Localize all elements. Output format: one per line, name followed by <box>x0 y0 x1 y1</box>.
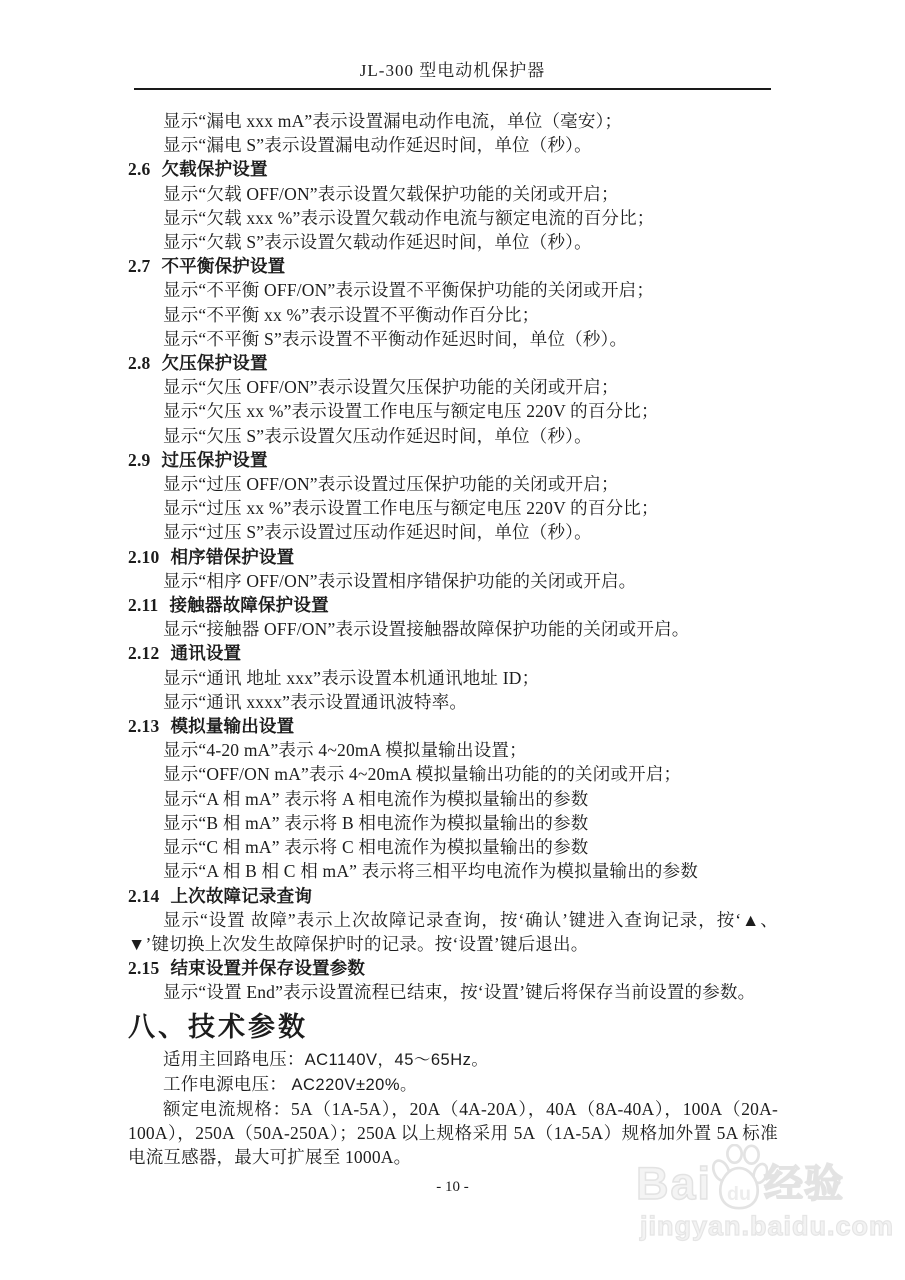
jingyan-logo-text: 经验 <box>764 1165 844 1204</box>
baidu-paw-icon: du <box>710 1144 768 1210</box>
paragraph: 显示“欠载 S”表示设置欠载动作延迟时间，单位（秒）。 <box>128 230 778 254</box>
section-heading: 2.14上次故障记录查询 <box>128 884 778 908</box>
section-number: 2.12 <box>128 643 159 663</box>
paragraph: 显示“设置 故障”表示上次故障记录查询，按‘确认’键进入查询记录，按‘▲、▼’键… <box>128 908 778 956</box>
section-heading: 2.8欠压保护设置 <box>128 351 778 375</box>
paragraph: 显示“OFF/ON mA”表示 4~20mA 模拟量输出功能的的关闭或开启； <box>128 762 778 786</box>
baidu-logo-text: Bai <box>636 1161 712 1206</box>
paragraph: 显示“过压 S”表示设置过压动作延迟时间，单位（秒）。 <box>128 520 778 544</box>
document-body: 显示“漏电 xxx mA”表示设置漏电动作电流，单位（毫安）；显示“漏电 S”表… <box>128 109 778 1170</box>
paragraph: 显示“欠压 xx %”表示设置工作电压与额定电压 220V 的百分比； <box>128 399 778 423</box>
section-number: 2.11 <box>128 595 158 615</box>
paragraph: 显示“通讯 地址 xxx”表示设置本机通讯地址 ID； <box>128 666 778 690</box>
section-number: 2.14 <box>128 886 159 906</box>
paragraph: 显示“A 相 mA” 表示将 A 相电流作为模拟量输出的参数 <box>128 787 778 811</box>
paragraph: 显示“4-20 mA”表示 4~20mA 模拟量输出设置； <box>128 738 778 762</box>
spec-line: 适用主回路电压：AC1140V，45～65Hz。 <box>128 1047 778 1072</box>
section-heading: 2.9过压保护设置 <box>128 448 778 472</box>
section-title: 模拟量输出设置 <box>170 716 294 736</box>
paragraph: 显示“漏电 S”表示设置漏电动作延迟时间，单位（秒）。 <box>128 133 778 157</box>
chapter-heading: 八、技术参数 <box>128 1010 778 1044</box>
manual-page: JL-300 型电动机保护器 显示“漏电 xxx mA”表示设置漏电动作电流，单… <box>0 0 905 1280</box>
section-title: 相序错保护设置 <box>170 547 294 567</box>
watermark-logo-row: Bai du 经验 <box>636 1144 896 1210</box>
paragraph: 显示“不平衡 OFF/ON”表示设置不平衡保护功能的关闭或开启； <box>128 278 778 302</box>
section-number: 2.10 <box>128 547 159 567</box>
section-heading: 2.11接触器故障保护设置 <box>128 593 778 617</box>
paragraph: 显示“C 相 mA” 表示将 C 相电流作为模拟量输出的参数 <box>128 835 778 859</box>
spec-line: 工作电源电压： AC220V±20%。 <box>128 1072 778 1097</box>
document-title: JL-300 型电动机保护器 <box>134 60 771 82</box>
paragraph: 显示“设置 End”表示设置流程已结束，按‘设置’键后将保存当前设置的参数。 <box>128 980 778 1004</box>
paragraph: 显示“接触器 OFF/ON”表示设置接触器故障保护功能的关闭或开启。 <box>128 617 778 641</box>
paragraph: 显示“欠载 xxx %”表示设置欠载动作电流与额定电流的百分比； <box>128 206 778 230</box>
paragraph: 显示“欠载 OFF/ON”表示设置欠载保护功能的关闭或开启； <box>128 182 778 206</box>
section-heading: 2.15结束设置并保存设置参数 <box>128 956 778 980</box>
section-number: 2.9 <box>128 450 150 470</box>
paragraph: 显示“不平衡 S”表示设置不平衡动作延迟时间，单位（秒）。 <box>128 327 778 351</box>
section-number: 2.15 <box>128 958 159 978</box>
section-title: 结束设置并保存设置参数 <box>170 958 365 978</box>
paragraph: 显示“B 相 mA” 表示将 B 相电流作为模拟量输出的参数 <box>128 811 778 835</box>
section-title: 不平衡保护设置 <box>161 256 285 276</box>
paragraph: 显示“漏电 xxx mA”表示设置漏电动作电流，单位（毫安）； <box>128 109 778 133</box>
section-number: 2.8 <box>128 353 150 373</box>
section-heading: 2.13模拟量输出设置 <box>128 714 778 738</box>
section-number: 2.6 <box>128 159 150 179</box>
paragraph: 显示“过压 xx %”表示设置工作电压与额定电压 220V 的百分比； <box>128 496 778 520</box>
paragraph: 显示“A 相 B 相 C 相 mA” 表示将三相平均电流作为模拟量输出的参数 <box>128 859 778 883</box>
spec-label: 工作电源电压： <box>163 1074 291 1094</box>
section-title: 欠载保护设置 <box>161 159 267 179</box>
section-heading: 2.7不平衡保护设置 <box>128 254 778 278</box>
paragraph: 显示“相序 OFF/ON”表示设置相序错保护功能的关闭或开启。 <box>128 569 778 593</box>
paragraph: 显示“不平衡 xx %”表示设置不平衡动作百分比； <box>128 303 778 327</box>
section-number: 2.13 <box>128 716 159 736</box>
page-header: JL-300 型电动机保护器 <box>134 0 771 90</box>
paragraph: 显示“欠压 S”表示设置欠压动作延迟时间，单位（秒）。 <box>128 424 778 448</box>
spec-value: AC1140V，45～65Hz。 <box>305 1051 489 1069</box>
section-heading: 2.6欠载保护设置 <box>128 157 778 181</box>
section-title: 通讯设置 <box>170 643 241 663</box>
section-title: 欠压保护设置 <box>161 353 267 373</box>
spec-label: 适用主回路电压： <box>163 1049 305 1069</box>
paragraph: 显示“欠压 OFF/ON”表示设置欠压保护功能的关闭或开启； <box>128 375 778 399</box>
paw-du-text: du <box>727 1183 751 1205</box>
section-heading: 2.10相序错保护设置 <box>128 545 778 569</box>
section-number: 2.7 <box>128 256 150 276</box>
spec-value: AC220V±20%。 <box>291 1076 417 1094</box>
section-title: 上次故障记录查询 <box>170 886 312 906</box>
baidu-jingyan-watermark: Bai du 经验 jingyan.baidu.com <box>636 1144 896 1240</box>
section-heading: 2.12通讯设置 <box>128 641 778 665</box>
section-title: 接触器故障保护设置 <box>169 595 328 615</box>
paragraph: 显示“通讯 xxxx”表示设置通讯波特率。 <box>128 690 778 714</box>
watermark-url: jingyan.baidu.com <box>640 1213 896 1240</box>
section-title: 过压保护设置 <box>161 450 267 470</box>
paragraph: 显示“过压 OFF/ON”表示设置过压保护功能的关闭或开启； <box>128 472 778 496</box>
